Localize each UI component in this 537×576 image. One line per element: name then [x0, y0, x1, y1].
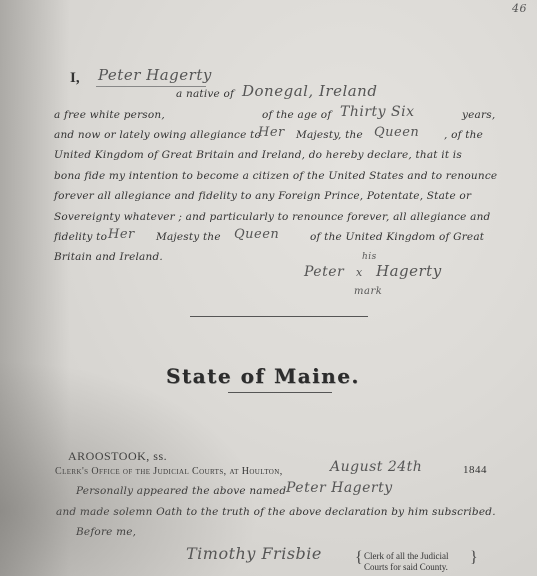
county-heading: AROOSTOOK, ss.	[68, 449, 167, 464]
oath-line: and made solemn Oath to the truth of the…	[56, 506, 496, 518]
declaration-line-7a: fidelity to	[54, 231, 107, 243]
years-label: years,	[462, 109, 495, 121]
separator-rule	[190, 316, 368, 317]
document-page: 46 I, Peter Hagerty a native of Donegal,…	[0, 0, 537, 576]
allegiance-sovereign: Queen	[374, 125, 419, 140]
signature-mark-x: x	[356, 266, 363, 279]
right-brace-icon: }	[470, 549, 478, 567]
title-underline	[228, 392, 332, 393]
native-of-label: a native of	[176, 88, 234, 100]
left-brace-icon: {	[355, 549, 363, 567]
signature-first-name: Peter	[304, 264, 344, 280]
appeared-name: Peter Hagerty	[286, 480, 393, 496]
fidelity-sovereign: Queen	[234, 227, 279, 242]
clerk-title-line-2: Courts for said County.	[364, 562, 448, 573]
declaration-line-8: Britain and Ireland.	[54, 251, 163, 263]
declaration-line-4: bona fide my intention to become a citiz…	[54, 170, 497, 182]
clerk-title: Clerk of all the Judicial Courts for sai…	[364, 551, 448, 573]
allegiance-text-a: and now or lately owing allegiance to	[54, 129, 261, 141]
allegiance-text-c: , of the	[444, 129, 483, 141]
clerk-office-line: Clerk's Office of the Judicial Courts, a…	[55, 466, 283, 477]
allegiance-text-b: Majesty, the	[296, 129, 363, 141]
free-white-person-text: a free white person,	[54, 109, 165, 121]
declarant-name: Peter Hagerty	[98, 66, 212, 84]
signature-mark-label: mark	[354, 286, 382, 297]
signature-his: his	[362, 252, 377, 262]
jurat-date: August 24th	[330, 459, 422, 475]
age-value: Thirty Six	[340, 104, 414, 120]
before-me: Before me,	[76, 526, 136, 538]
declaration-line-6: Sovereignty whatever ; and particularly …	[54, 211, 490, 223]
declaration-lead: I,	[70, 70, 80, 87]
age-label: of the age of	[262, 109, 331, 121]
signature-last-name: Hagerty	[376, 262, 442, 280]
native-place: Donegal, Ireland	[242, 82, 377, 100]
state-title: State of Maine.	[166, 364, 360, 388]
declaration-line-3: United Kingdom of Great Britain and Irel…	[54, 149, 462, 161]
name-blank-line	[96, 86, 206, 87]
fidelity-pronoun: Her	[108, 227, 135, 242]
clerk-title-line-1: Clerk of all the Judicial	[364, 551, 448, 562]
declaration-line-7c: of the United Kingdom of Great	[310, 231, 484, 243]
declaration-line-7b: Majesty the	[156, 231, 221, 243]
clerk-signature: Timothy Frisbie	[186, 544, 322, 563]
page-number: 46	[512, 2, 527, 15]
allegiance-pronoun: Her	[258, 125, 285, 140]
appeared-line: Personally appeared the above named	[76, 485, 286, 497]
declaration-line-5: forever all allegiance and fidelity to a…	[54, 190, 471, 202]
jurat-year: 1844	[463, 464, 487, 476]
